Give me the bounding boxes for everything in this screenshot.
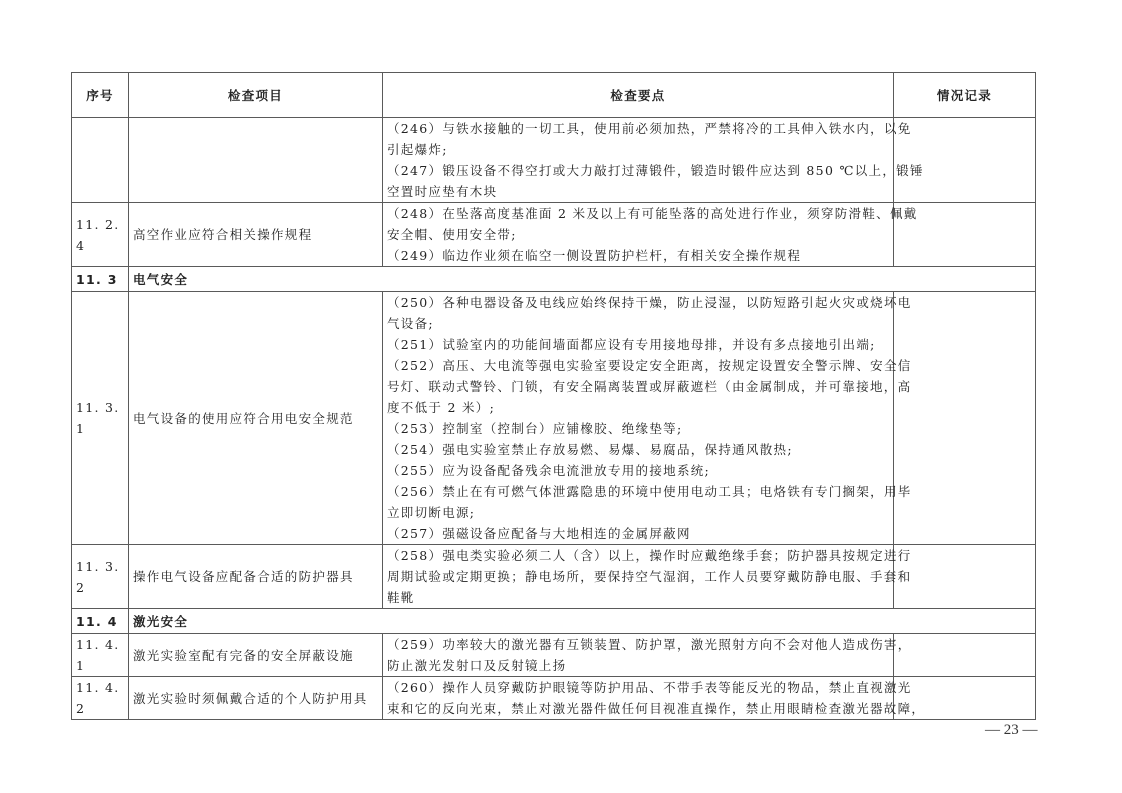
row-seq: 11. 4. 1 — [72, 634, 129, 677]
check-point-line: （247）锻压设备不得空打或大力敲打过薄锻件，锻造时锻件应达到 850 ℃以上，… — [387, 160, 889, 181]
table-body: （246）与铁水接触的一切工具，使用前必须加热，严禁将冷的工具伸入铁水内，以免引… — [72, 118, 1036, 720]
row-record[interactable] — [894, 634, 1036, 677]
row-seq: 11. 4. 2 — [72, 677, 129, 720]
check-point-line: （257）强磁设备应配备与大地相连的金属屏蔽网 — [387, 523, 889, 544]
row-item: 激光实验时须佩戴合适的个人防护用具 — [129, 677, 383, 720]
row-record[interactable] — [894, 292, 1036, 545]
check-point-line: 鞋靴 — [387, 587, 889, 608]
table-row: 11. 2. 4 高空作业应符合相关操作规程 （248）在坠落高度基准面 2 米… — [72, 203, 1036, 267]
section-row: 11. 4 激光安全 — [72, 609, 1036, 634]
row-record[interactable] — [894, 545, 1036, 609]
section-row: 11. 3 电气安全 — [72, 267, 1036, 292]
row-seq: 11. 2. 4 — [72, 203, 129, 267]
page-number: — 23 — — [985, 722, 1038, 739]
table-row: （246）与铁水接触的一切工具，使用前必须加热，严禁将冷的工具伸入铁水内，以免引… — [72, 118, 1036, 203]
row-record[interactable] — [894, 118, 1036, 203]
inspection-table: 序号 检查项目 检查要点 情况记录 （246）与铁水接触的一切工具，使用前必须加… — [71, 72, 1036, 720]
row-seq: 11. 3. 2 — [72, 545, 129, 609]
check-point-line: （251）试验室内的功能间墙面都应设有专用接地母排，并设有多点接地引出端; — [387, 334, 889, 355]
check-point-line: 号灯、联动式警铃、门锁，有安全隔离装置或屏蔽遮栏（由金属制成，并可靠接地，高 — [387, 376, 889, 397]
check-point-line: 周期试验或定期更换；静电场所，要保持空气湿润，工作人员要穿戴防静电服、手套和 — [387, 566, 889, 587]
check-point-line: （259）功率较大的激光器有互锁装置、防护罩，激光照射方向不会对他人造成伤害， — [387, 634, 889, 655]
table-row: 11. 3. 1 电气设备的使用应符合用电安全规范 （250）各种电器设备及电线… — [72, 292, 1036, 545]
check-point-line: 立即切断电源; — [387, 502, 889, 523]
check-point-line: 束和它的反向光束，禁止对激光器件做任何目视准直操作，禁止用眼睛检查激光器故障， — [387, 698, 889, 719]
check-point-line: （249）临边作业须在临空一侧设置防护栏杆，有相关安全操作规程 — [387, 245, 889, 266]
row-check-points: （258）强电类实验必须二人（含）以上，操作时应戴绝缘手套；防护器具按规定进行周… — [383, 545, 894, 609]
check-point-line: （246）与铁水接触的一切工具，使用前必须加热，严禁将冷的工具伸入铁水内，以免 — [387, 118, 889, 139]
section-title: 激光安全 — [129, 609, 1036, 634]
check-point-line: （258）强电类实验必须二人（含）以上，操作时应戴绝缘手套；防护器具按规定进行 — [387, 545, 889, 566]
table-row: 11. 4. 1 激光实验室配有完备的安全屏蔽设施 （259）功率较大的激光器有… — [72, 634, 1036, 677]
header-record: 情况记录 — [894, 73, 1036, 118]
row-seq: 11. 3. 1 — [72, 292, 129, 545]
section-title: 电气安全 — [129, 267, 1036, 292]
row-check-points: （259）功率较大的激光器有互锁装置、防护罩，激光照射方向不会对他人造成伤害，防… — [383, 634, 894, 677]
row-check-points: （260）操作人员穿戴防护眼镜等防护用品、不带手表等能反光的物品，禁止直视激光束… — [383, 677, 894, 720]
row-item: 电气设备的使用应符合用电安全规范 — [129, 292, 383, 545]
row-item — [129, 118, 383, 203]
check-point-line: 引起爆炸; — [387, 139, 889, 160]
header-item: 检查项目 — [129, 73, 383, 118]
row-item: 操作电气设备应配备合适的防护器具 — [129, 545, 383, 609]
check-point-line: （255）应为设备配备残余电流泄放专用的接地系统; — [387, 460, 889, 481]
table-row: 11. 3. 2 操作电气设备应配备合适的防护器具 （258）强电类实验必须二人… — [72, 545, 1036, 609]
row-check-points: （248）在坠落高度基准面 2 米及以上有可能坠落的高处进行作业，须穿防滑鞋、佩… — [383, 203, 894, 267]
section-seq: 11. 4 — [72, 609, 129, 634]
check-point-line: （256）禁止在有可燃气体泄露隐患的环境中使用电动工具；电烙铁有专门搁架，用毕 — [387, 481, 889, 502]
table-header-row: 序号 检查项目 检查要点 情况记录 — [72, 73, 1036, 118]
row-item: 高空作业应符合相关操作规程 — [129, 203, 383, 267]
check-point-line: （260）操作人员穿戴防护眼镜等防护用品、不带手表等能反光的物品，禁止直视激光 — [387, 677, 889, 698]
check-point-line: （250）各种电器设备及电线应始终保持干燥，防止浸湿，以防短路引起火灾或烧坏电 — [387, 292, 889, 313]
row-seq — [72, 118, 129, 203]
row-check-points: （250）各种电器设备及电线应始终保持干燥，防止浸湿，以防短路引起火灾或烧坏电气… — [383, 292, 894, 545]
check-point-line: （254）强电实验室禁止存放易燃、易爆、易腐品，保持通风散热; — [387, 439, 889, 460]
check-point-line: 气设备; — [387, 313, 889, 334]
table-row: 11. 4. 2 激光实验时须佩戴合适的个人防护用具 （260）操作人员穿戴防护… — [72, 677, 1036, 720]
check-point-line: （248）在坠落高度基准面 2 米及以上有可能坠落的高处进行作业，须穿防滑鞋、佩… — [387, 203, 889, 224]
header-points: 检查要点 — [383, 73, 894, 118]
section-seq: 11. 3 — [72, 267, 129, 292]
row-check-points: （246）与铁水接触的一切工具，使用前必须加热，严禁将冷的工具伸入铁水内，以免引… — [383, 118, 894, 203]
check-point-line: （253）控制室（控制台）应铺橡胶、绝缘垫等; — [387, 418, 889, 439]
check-point-line: （252）高压、大电流等强电实验室要设定安全距离，按规定设置安全警示牌、安全信 — [387, 355, 889, 376]
check-point-line: 安全帽、使用安全带; — [387, 224, 889, 245]
check-point-line: 防止激光发射口及反射镜上扬 — [387, 655, 889, 676]
row-item: 激光实验室配有完备的安全屏蔽设施 — [129, 634, 383, 677]
check-point-line: 度不低于 2 米）; — [387, 397, 889, 418]
check-point-line: 空置时应垫有木块 — [387, 181, 889, 202]
header-seq: 序号 — [72, 73, 129, 118]
